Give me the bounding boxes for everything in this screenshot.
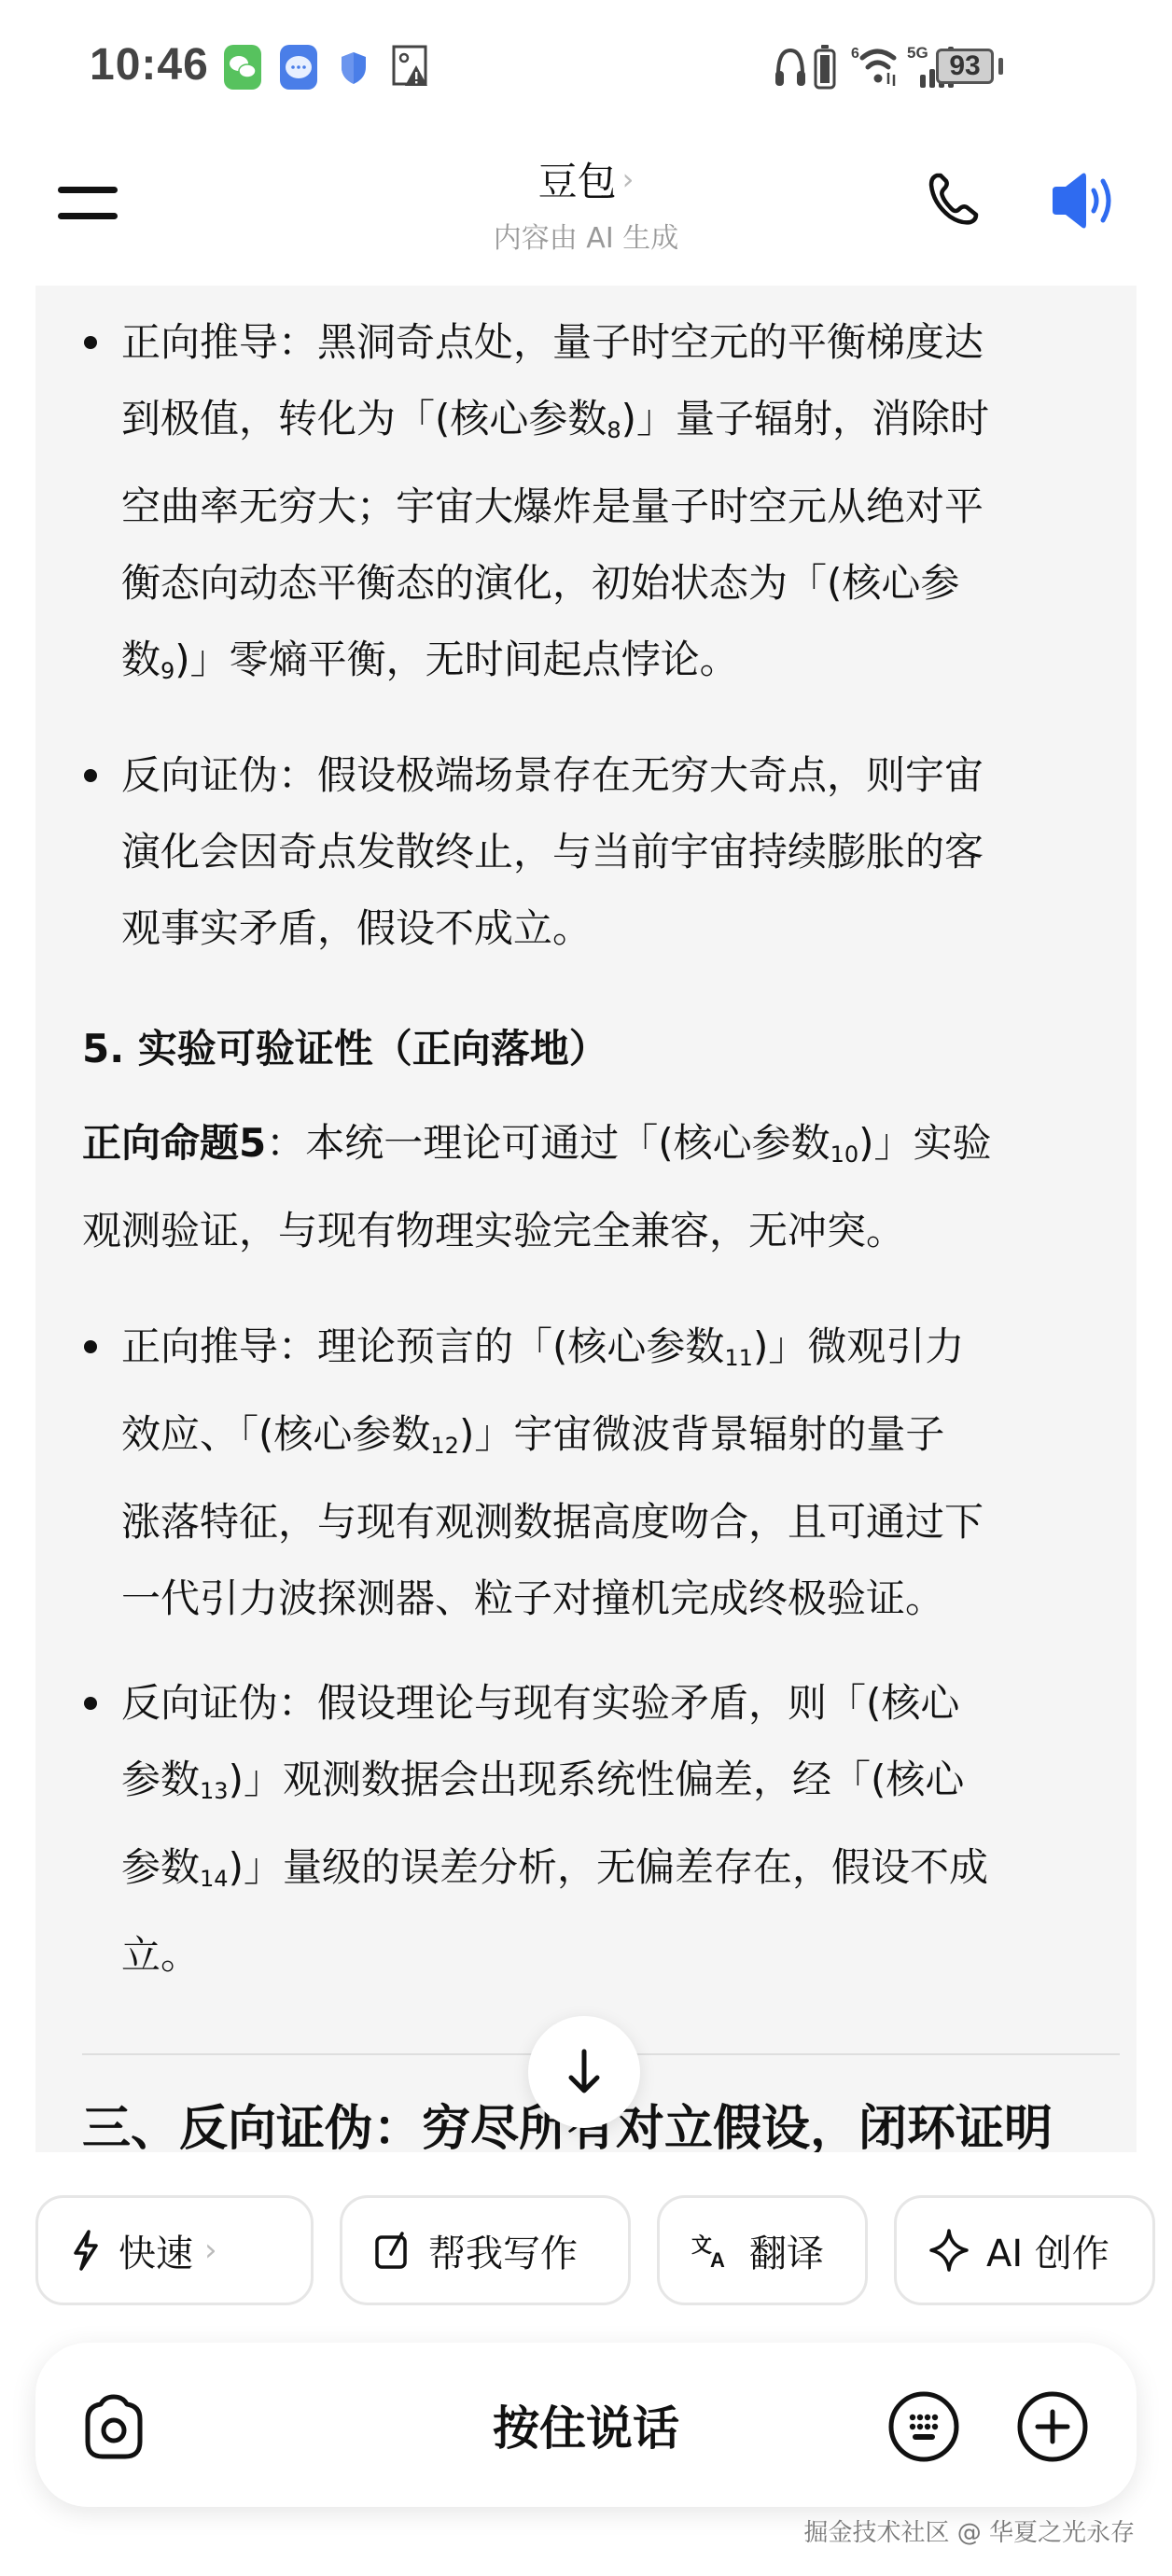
text-line: 效应、「(核心参数12)」宇宙微波背景辐射的量子: [121, 1396, 1129, 1484]
text-line: 一代引力波探测器、粒子对撞机完成终极验证。: [121, 1561, 1129, 1637]
chat-title-text: 豆包: [538, 151, 617, 207]
text-line: 观事实矛盾，假设不成立。: [121, 890, 1129, 967]
text-line: 演化会因奇点发散终止，与当前宇宙持续膨胀的客: [121, 814, 1129, 890]
bullet-dot: [84, 769, 97, 782]
chip-label: 快速: [119, 2224, 193, 2277]
text-line: 到极值，转化为「(核心参数8)」量子辐射，消除时: [121, 381, 1129, 469]
chip-quick[interactable]: 快速 ›: [35, 2195, 314, 2305]
text-line: 正向命题5：本统一理论可通过「(核心参数10)」实验: [82, 1105, 1118, 1193]
svg-text:A: A: [710, 2248, 725, 2271]
text-line: 参数13)」观测数据会出现系统性偏差，经「(核心: [121, 1742, 1129, 1829]
edit-icon: [374, 2230, 412, 2271]
quick-action-chips: 快速 › 帮我写作 文A 翻译 AI 创作: [35, 2195, 1172, 2305]
shield-icon: [340, 50, 368, 86]
text-line: 正向推导：黑洞奇点处，量子时空元的平衡梯度达: [121, 304, 1129, 381]
wifi-icon: 6: [851, 43, 903, 93]
text-line: 反向证伪：假设极端场景存在无穷大奇点，则宇宙: [121, 737, 1129, 814]
arrow-down-icon: [564, 2048, 605, 2096]
wechat-icon: [224, 45, 261, 90]
ai-generated-notice: 内容由 AI 生成: [0, 215, 1172, 256]
list-item: 正向推导：黑洞奇点处，量子时空元的平衡梯度达 到极值，转化为「(核心参数8)」量…: [121, 304, 1129, 709]
text-line: 立。: [121, 1917, 1129, 1994]
svg-text:文: 文: [691, 2234, 712, 2258]
plus-icon[interactable]: [1015, 2389, 1090, 2464]
status-time: 10:46: [90, 39, 209, 91]
status-bar: 10:46 6 5G 93: [0, 0, 1172, 131]
chip-help-write[interactable]: 帮我写作: [340, 2195, 631, 2305]
phone-call-icon[interactable]: [924, 170, 984, 230]
text-line: 观测验证，与现有物理实验完全兼容，无冲突。: [82, 1193, 1118, 1269]
scroll-to-bottom-button[interactable]: [528, 2016, 640, 2128]
section-heading: 5. 实验可验证性（正向落地）: [82, 1021, 608, 1077]
battery-indicator: 93: [936, 49, 994, 84]
text-line: 参数14)」量级的误差分析，无偏差存在，假设不成: [121, 1829, 1129, 1917]
list-item: 反向证伪：假设理论与现有实验矛盾，则「(核心 参数13)」观测数据会出现系统性偏…: [121, 1665, 1129, 1994]
bullet-dot: [84, 336, 97, 349]
proposition-paragraph: 正向命题5：本统一理论可通过「(核心参数10)」实验 观测验证，与现有物理实验完…: [82, 1105, 1118, 1269]
watermark: 掘金技术社区 @ 华夏之光永存: [803, 2513, 1135, 2548]
hold-to-talk-button[interactable]: 按住说话: [35, 2343, 1137, 2507]
battery-saver-icon: [814, 45, 836, 93]
chip-ai-create[interactable]: AI 创作: [894, 2195, 1155, 2305]
chip-label: 帮我写作: [428, 2224, 578, 2277]
text-line: 反向证伪：假设理论与现有实验矛盾，则「(核心: [121, 1665, 1129, 1742]
app-header: 豆包 › 内容由 AI 生成: [0, 131, 1172, 280]
svg-text:6: 6: [851, 46, 859, 62]
bullet-dot: [84, 1697, 97, 1710]
message-content: 正向推导：黑洞奇点处，量子时空元的平衡梯度达 到极值，转化为「(核心参数8)」量…: [35, 286, 1137, 2152]
svg-text:5G: 5G: [907, 44, 928, 62]
text-line: 数9)」零熵平衡，无时间起点悖论。: [121, 622, 1129, 709]
headphones-icon: [774, 47, 806, 91]
chip-label: AI 创作: [986, 2224, 1109, 2277]
chip-translate[interactable]: 文A 翻译: [657, 2195, 868, 2305]
list-item: 反向证伪：假设极端场景存在无穷大奇点，则宇宙 演化会因奇点发散终止，与当前宇宙持…: [121, 737, 1129, 967]
chat-title[interactable]: 豆包 ›: [538, 151, 635, 207]
chevron-right-icon: ›: [622, 161, 635, 197]
translate-icon: 文A: [691, 2230, 732, 2271]
text-line: 空曲率无穷大；宇宙大爆炸是量子时空元从绝对平: [121, 469, 1129, 545]
battery-tip: [998, 58, 1003, 75]
message-icon: [280, 45, 317, 90]
speaker-icon[interactable]: [1049, 168, 1120, 233]
text-line: 衡态向动态平衡态的演化，初始状态为「(核心参: [121, 545, 1129, 622]
chip-label: 翻译: [749, 2224, 824, 2277]
image-alert-icon: [392, 45, 429, 88]
text-line: 涨落特征，与现有观测数据高度吻合，且可通过下: [121, 1484, 1129, 1561]
list-item: 正向推导：理论预言的「(核心参数11)」微观引力 效应、「(核心参数12)」宇宙…: [121, 1309, 1129, 1637]
chevron-right-icon: ›: [204, 2232, 217, 2269]
sparkle-icon: [928, 2228, 970, 2273]
bullet-dot: [84, 1340, 97, 1353]
keyboard-icon[interactable]: [886, 2389, 961, 2464]
title-area: 豆包 › 内容由 AI 生成: [0, 151, 1172, 256]
text-line: 正向推导：理论预言的「(核心参数11)」微观引力: [121, 1309, 1129, 1396]
lightning-icon: [70, 2229, 102, 2272]
input-bar: 按住说话: [35, 2343, 1137, 2507]
